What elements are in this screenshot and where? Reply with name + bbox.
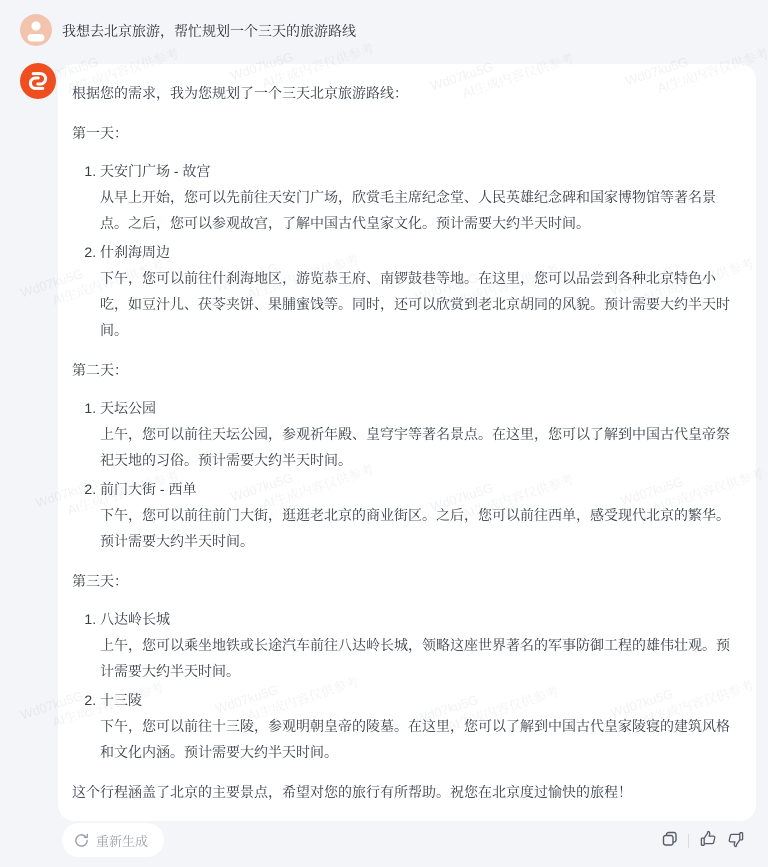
attraction-description: 下午，您可以前往前门大街，逛逛老北京的商业街区。之后，您可以前往西单，感受现代北… [100,502,736,554]
day-1-title: 第一天： [72,120,736,146]
attraction-name: 什刹海周边 [100,239,736,265]
divider [688,834,689,848]
attraction-name: 天安门广场 - 故宫 [100,158,736,184]
assistant-logo-icon [20,63,56,99]
regenerate-label: 重新生成 [96,831,148,850]
user-message: 我想去北京旅游，帮忙规划一个三天的旅游路线 [62,22,356,40]
attraction-description: 从早上开始，您可以先前往天安门广场，欣赏毛主席纪念堂、人民英雄纪念碑和国家博物馆… [100,184,736,236]
attraction-description: 上午，您可以乘坐地铁或长途汽车前往八达岭长城，领略这座世界著名的军事防御工程的雄… [100,632,736,684]
list-item: 十三陵 下午，您可以前往十三陵，参观明朝皇帝的陵墓。在这里，您可以了解到中国古代… [100,687,736,765]
list-item: 天安门广场 - 故宫 从早上开始，您可以先前往天安门广场，欣赏毛主席纪念堂、人民… [100,158,736,236]
copy-button[interactable] [660,831,679,850]
list-item: 什刹海周边 下午，您可以前往什刹海地区，游览恭王府、南锣鼓巷等地。在这里，您可以… [100,239,736,343]
assistant-message-card: 根据您的需求，我为您规划了一个三天北京旅游路线： 第一天： 天安门广场 - 故宫… [58,64,756,821]
person-icon [20,14,52,46]
list-item: 天坛公园 上午，您可以前往天坛公园，参观祈年殿、皇穹宇等著名景点。在这里，您可以… [100,395,736,473]
copy-icon [661,830,679,851]
attraction-description: 上午，您可以前往天坛公园，参观祈年殿、皇穹宇等著名景点。在这里，您可以了解到中国… [100,421,736,473]
regenerate-button[interactable]: 重新生成 [62,823,164,857]
assistant-intro: 根据您的需求，我为您规划了一个三天北京旅游路线： [72,80,736,106]
refresh-icon [74,833,89,848]
thumbs-down-button[interactable] [726,831,745,850]
user-avatar [20,14,52,46]
list-item: 八达岭长城 上午，您可以乘坐地铁或长途汽车前往八达岭长城，领略这座世界著名的军事… [100,606,736,684]
thumbs-up-button[interactable] [698,831,717,850]
attraction-name: 八达岭长城 [100,606,736,632]
thumb-down-icon [727,830,745,851]
thumb-up-icon [699,830,717,851]
list-item: 前门大街 - 西单 下午，您可以前往前门大街，逛逛老北京的商业街区。之后，您可以… [100,476,736,554]
assistant-avatar [20,63,56,99]
attraction-description: 下午，您可以前往什刹海地区，游览恭王府、南锣鼓巷等地。在这里，您可以品尝到各种北… [100,265,736,343]
day-1-list: 天安门广场 - 故宫 从早上开始，您可以先前往天安门广场，欣赏毛主席纪念堂、人民… [72,158,736,343]
attraction-name: 十三陵 [100,687,736,713]
day-3-title: 第三天： [72,568,736,594]
day-2-title: 第二天： [72,357,736,383]
message-action-bar [660,831,745,850]
attraction-name: 天坛公园 [100,395,736,421]
attraction-name: 前门大街 - 西单 [100,476,736,502]
day-3-list: 八达岭长城 上午，您可以乘坐地铁或长途汽车前往八达岭长城，领略这座世界著名的军事… [72,606,736,765]
attraction-description: 下午，您可以前往十三陵，参观明朝皇帝的陵墓。在这里，您可以了解到中国古代皇家陵寝… [100,713,736,765]
assistant-closing: 这个行程涵盖了北京的主要景点，希望对您的旅行有所帮助。祝您在北京度过愉快的旅程！ [72,779,736,805]
day-2-list: 天坛公园 上午，您可以前往天坛公园，参观祈年殿、皇穹宇等著名景点。在这里，您可以… [72,395,736,554]
